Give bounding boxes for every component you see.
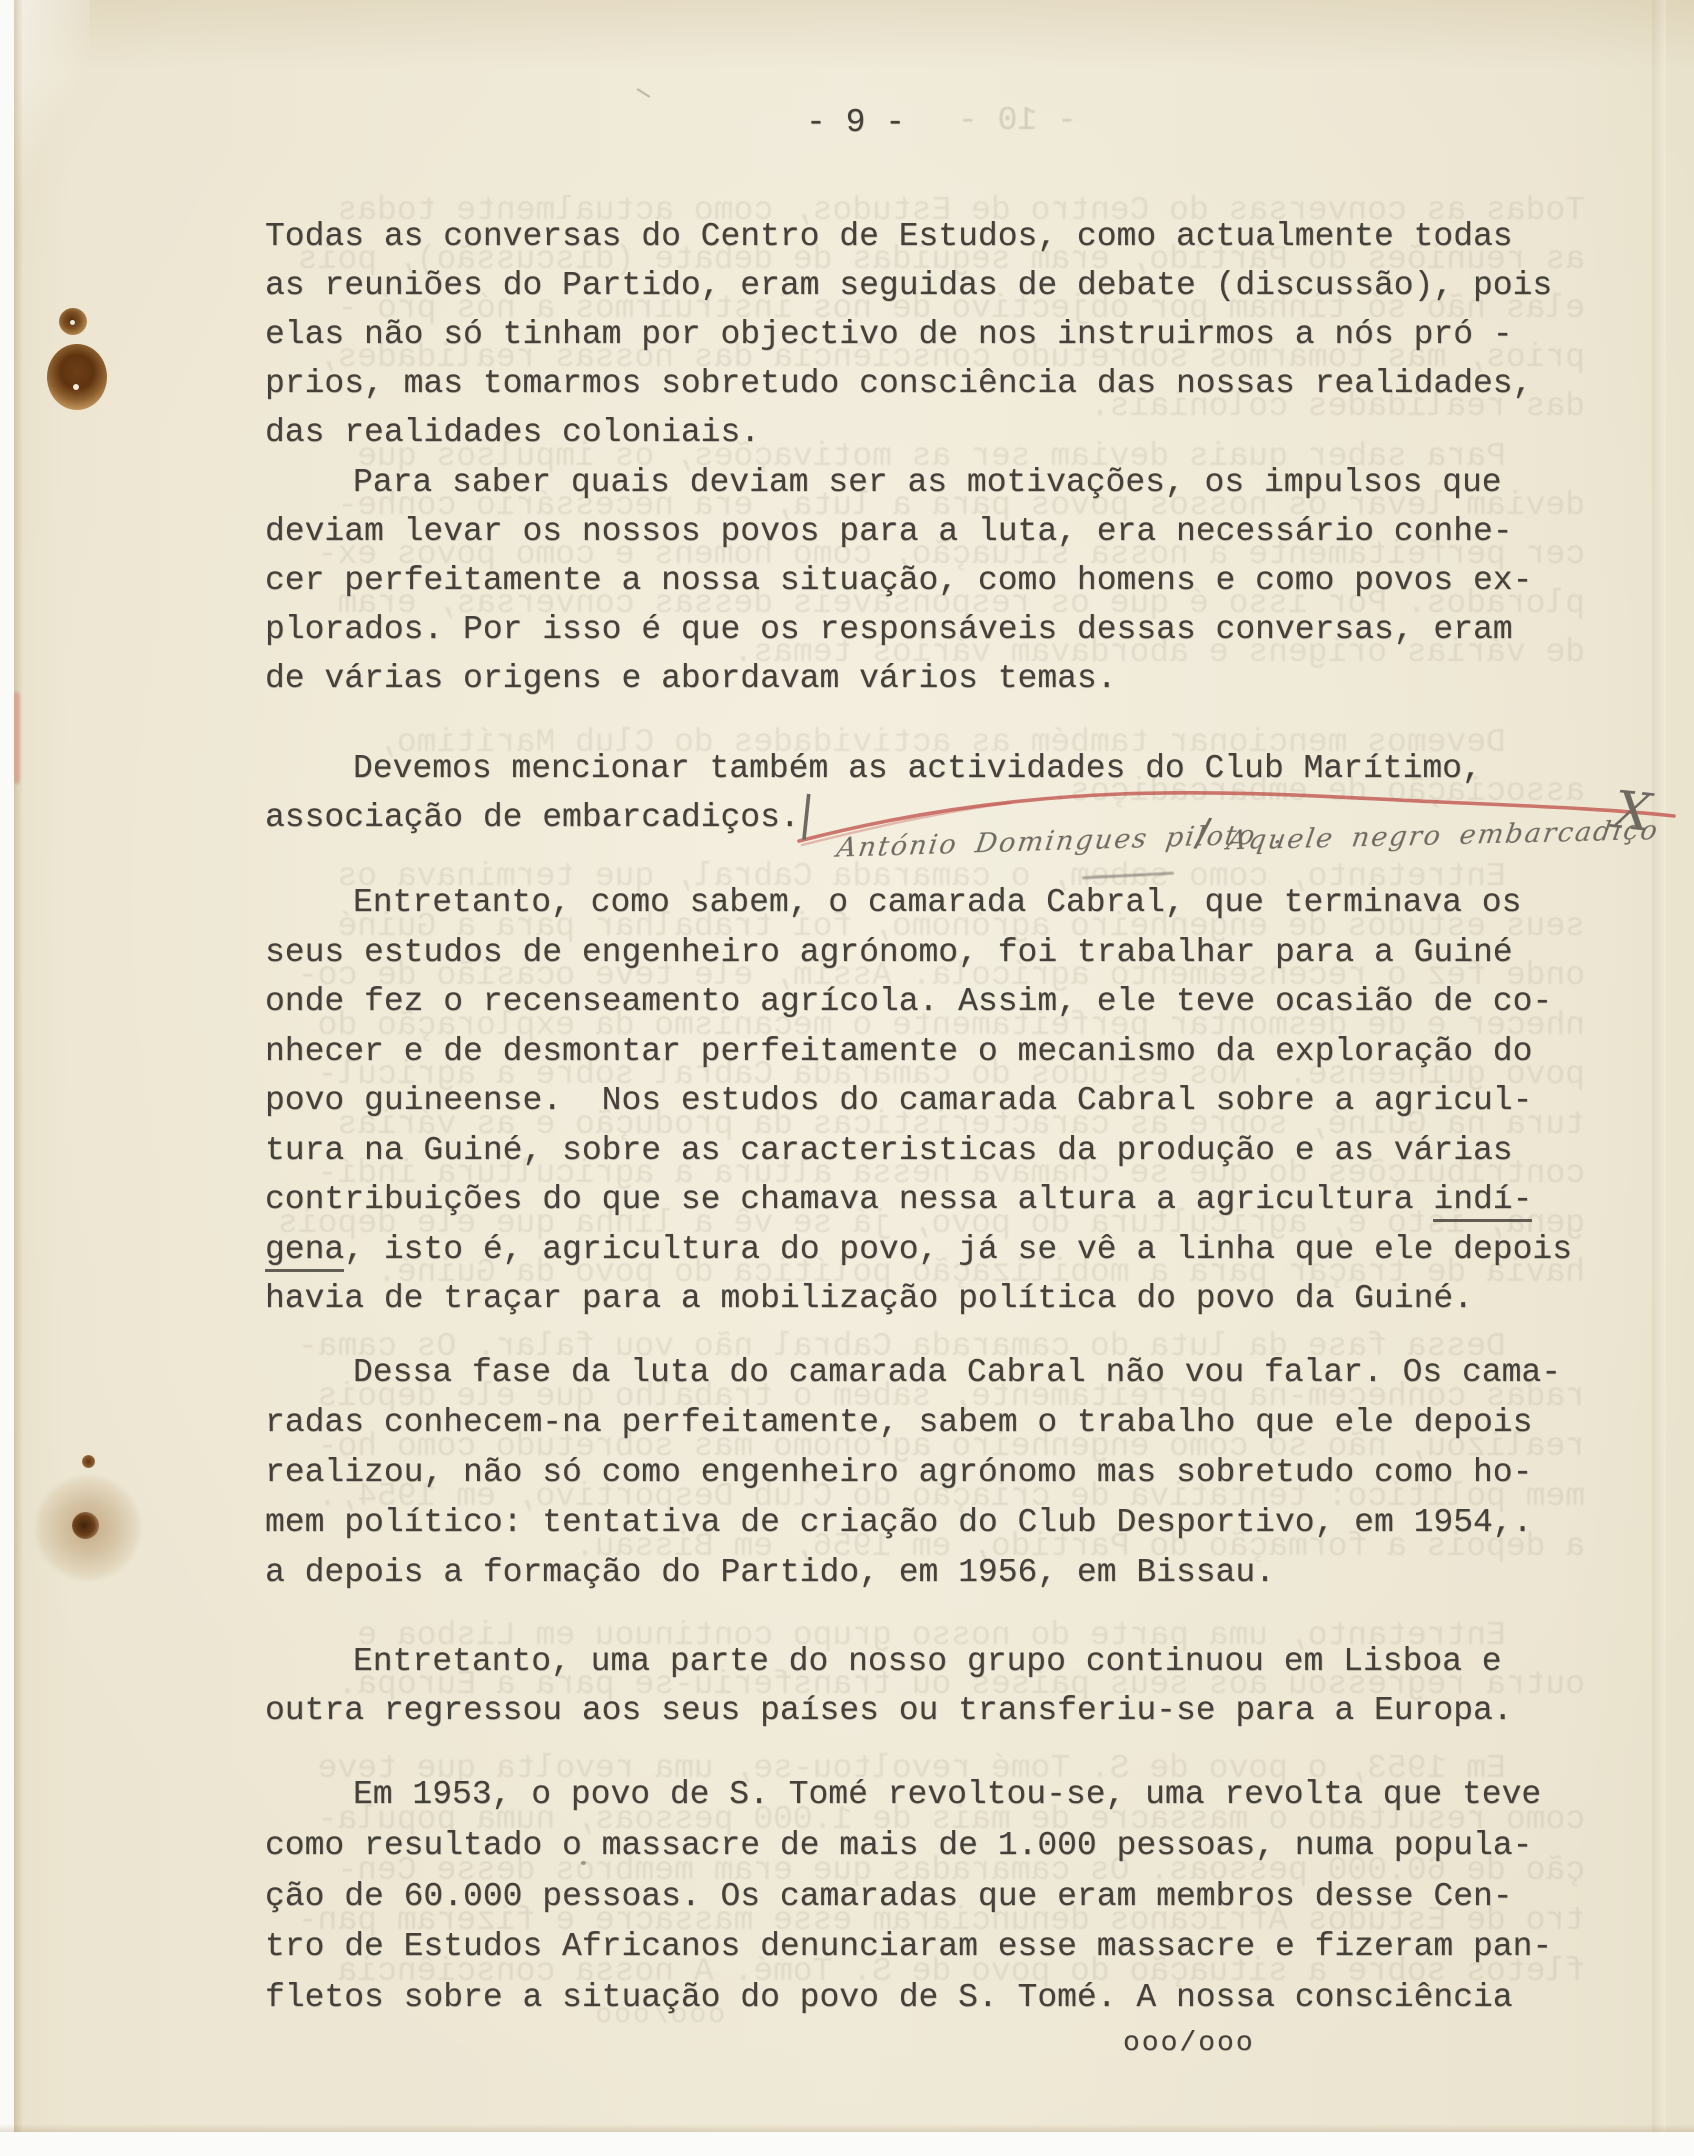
burn-stain-core [72,1512,99,1539]
typed-line: Todas as conversas do Centro de Estudos,… [265,212,1595,261]
typed-line: povo guineense. Nos estudos do camarada … [265,1076,1595,1126]
typed-line: seus estudos de engenheiro agrónomo, foi… [265,928,1595,978]
typed-line: onde fez o recenseamento agrícola. Assim… [265,977,1595,1027]
typed-paragraph: Para saber quais deviam ser as motivaçõe… [265,458,1595,703]
typed-line: radas conhecem-na perfeitamente, sabem o… [265,1398,1595,1448]
typed-paragraph: Entretanto, como sabem, o camarada Cabra… [265,878,1595,1324]
typed-paragraph: Todas as conversas do Centro de Estudos,… [265,212,1595,457]
typed-line: de várias origens e abordavam vários tem… [265,654,1595,703]
typed-paragraph: Em 1953, o povo de S. Tomé revoltou-se, … [265,1770,1595,2024]
underlined-word: gena [265,1231,344,1272]
continuation-mark: ooo/ooo [1123,2028,1255,2059]
typed-line: tura na Guiné, sobre as caracteristicas … [265,1126,1595,1176]
typed-line: realizou, não só como engenheiro agrónom… [265,1448,1595,1498]
typed-line: prios, mas tomarmos sobretudo consciênci… [265,359,1595,408]
typed-paragraph: Dessa fase da luta do camarada Cabral nã… [265,1348,1595,1598]
typed-line: Entretanto, uma parte do nosso grupo con… [265,1637,1595,1686]
scan-margin-bottom [0,2132,1694,2156]
typed-line: contribuições do que se chamava nessa al… [265,1175,1595,1225]
underlined-word: indí- [1433,1181,1532,1222]
typed-line: das realidades coloniais. [265,408,1595,457]
typed-line: como resultado o massacre de mais de 1.0… [265,1821,1595,1872]
typed-line: ção de 60.000 pessoas. Os camaradas que … [265,1872,1595,1923]
typed-line: outra regressou aos seus países ou trans… [265,1686,1595,1735]
typed-line: Entretanto, como sabem, o camarada Cabra… [265,878,1595,928]
typed-line: Devemos mencionar também as actividades … [265,744,1595,793]
typed-line: nhecer e de desmontar perfeitamente o me… [265,1027,1595,1077]
typed-line: havia de traçar para a mobilização polít… [265,1274,1595,1324]
typed-line: tro de Estudos Africanos denunciaram ess… [265,1922,1595,1973]
typed-line: as reuniões do Partido, eram seguidas de… [265,261,1595,310]
typed-line: cer perfeitamente a nossa situação, como… [265,556,1595,605]
typed-line: a depois a formação do Partido, em 1956,… [265,1548,1595,1598]
paper-left-edge-shadow [14,0,23,2132]
typed-line: Em 1953, o povo de S. Tomé revoltou-se, … [265,1770,1595,1821]
burn-stain-dot [82,1455,95,1468]
typed-line: Dessa fase da luta do camarada Cabral nã… [265,1348,1595,1398]
typed-line: elas não só tinham por objectivo de nos … [265,310,1595,359]
page-number: - 9 - [806,104,905,141]
typed-line: mem político: tentativa de criação do Cl… [265,1498,1595,1548]
typed-line: fletos sobre a situação do povo de S. To… [265,1973,1595,2024]
typed-paragraph: Entretanto, uma parte do nosso grupo con… [265,1637,1595,1735]
bleedthrough-page-number: - 10 - [958,102,1077,139]
scan-margin-left [0,0,14,2156]
typed-line: gena, isto é, agricultura do povo, já se… [265,1225,1595,1275]
typed-line: Para saber quais deviam ser as motivaçõe… [265,458,1595,507]
rust-stain-large [47,344,107,410]
left-edge-pink-streak [13,692,20,784]
typed-line: deviam levar os nossos povos para a luta… [265,507,1595,556]
scanned-document-page: { "page": { "number_label": "- 9 -", "bl… [0,0,1694,2156]
handwritten-x-mark: X [1611,780,1654,844]
typed-line: plorados. Por isso é que os responsáveis… [265,605,1595,654]
rust-stain-small [59,308,87,335]
